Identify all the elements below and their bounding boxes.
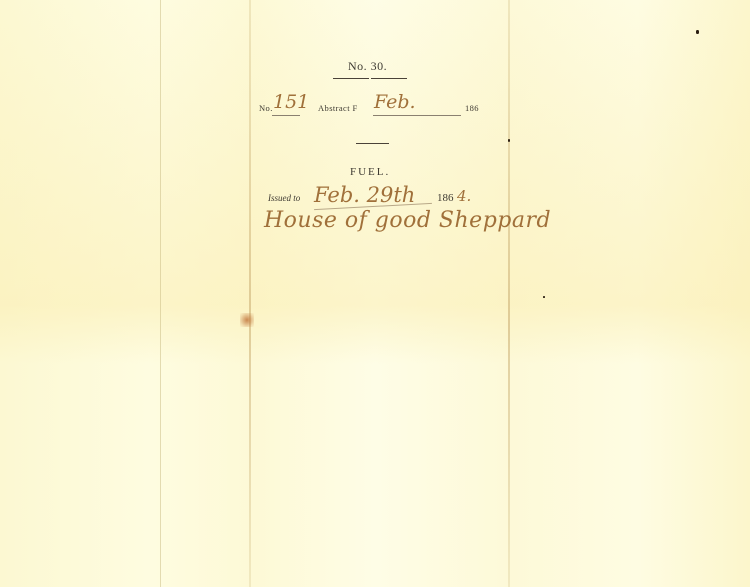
issued-year-printed: 186 xyxy=(437,192,454,204)
divider xyxy=(356,143,389,144)
issued-label: Issued to xyxy=(268,193,300,203)
form-number: No. 30. xyxy=(348,59,387,74)
divider xyxy=(371,78,407,79)
ink-speck xyxy=(543,296,545,298)
abstract-label: Abstract F xyxy=(318,103,358,113)
ink-speck xyxy=(696,30,699,34)
fold-line xyxy=(249,0,251,587)
document-page: No. 30. No. 151 Abstract F Feb. 186 FUEL… xyxy=(0,0,750,587)
issued-year-handwritten: 4. xyxy=(457,187,471,205)
fold-line xyxy=(508,0,510,587)
ink-speck xyxy=(508,139,510,142)
fold-line xyxy=(160,0,161,587)
category-title: FUEL. xyxy=(350,166,390,178)
fill-line xyxy=(373,115,461,116)
abstract-number-handwritten: 151 xyxy=(273,91,309,113)
abstract-line: No. 151 Abstract F Feb. 186 xyxy=(259,95,499,117)
issued-date-handwritten: Feb. 29th xyxy=(314,183,415,207)
abstract-no-label: No. xyxy=(259,103,273,113)
issued-line: Issued to Feb. 29th 186 4. xyxy=(268,185,508,209)
abstract-year-prefix: 186 xyxy=(465,103,479,113)
rust-stain xyxy=(240,313,254,327)
fill-line xyxy=(272,115,300,116)
divider xyxy=(333,78,369,79)
abstract-month-handwritten: Feb. xyxy=(374,91,416,113)
recipient-handwritten: House of good Sheppard xyxy=(264,208,551,233)
